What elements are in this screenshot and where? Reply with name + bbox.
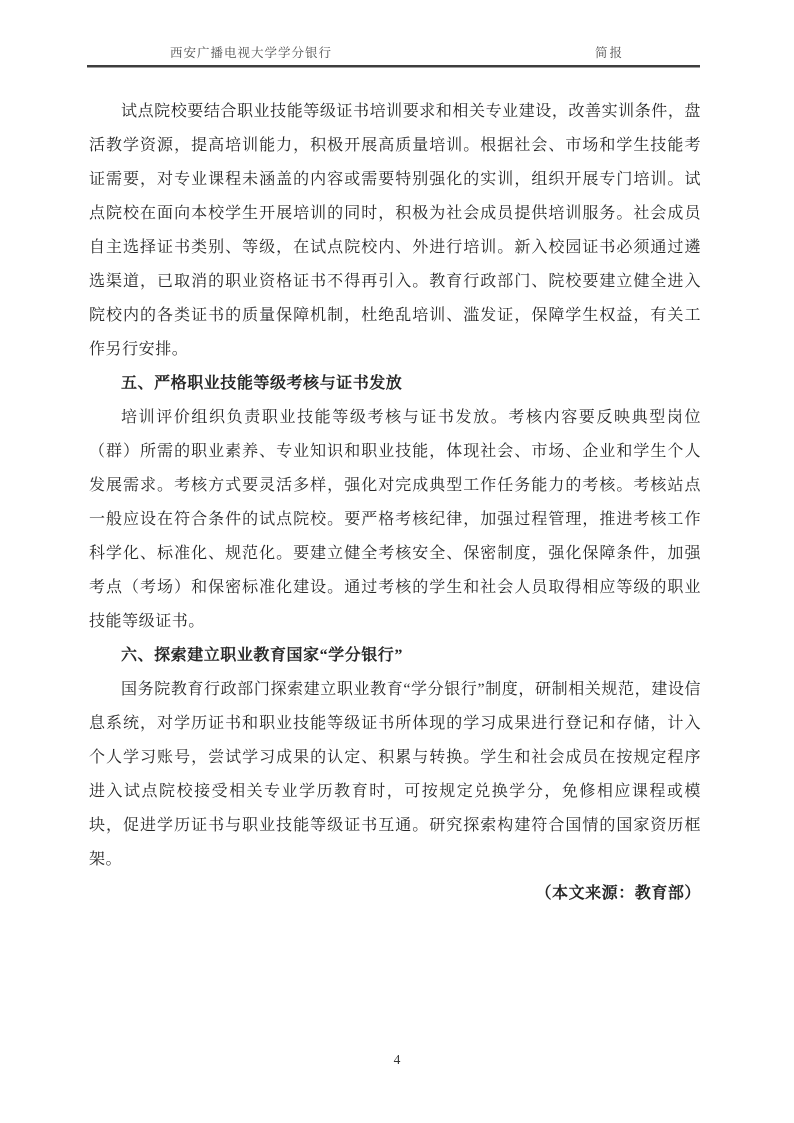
body-paragraph-credit-bank: 国务院教育行政部门探索建立职业教育“学分银行”制度，研制相关规范，建设信息系统，…	[89, 673, 701, 877]
document-page: 西安广播电视大学学分银行 简报 试点院校要结合职业技能等级证书培训要求和相关专业…	[0, 0, 794, 1123]
section-heading-six: 六、探索建立职业教育国家“学分银行”	[89, 639, 701, 673]
header-doc-type-label: 简报	[595, 43, 624, 61]
header-rule	[87, 65, 700, 68]
page-number: 4	[0, 1052, 794, 1068]
header-document-title: 西安广播电视大学学分银行	[170, 43, 332, 61]
page-header: 西安广播电视大学学分银行 简报	[87, 40, 700, 65]
document-body: 试点院校要结合职业技能等级证书培训要求和相关专业建设，改善实训条件，盘活教学资源…	[89, 95, 701, 911]
source-attribution: （本文来源：教育部）	[89, 877, 701, 911]
body-paragraph-assessment: 培训评价组织负责职业技能等级考核与证书发放。考核内容要反映典型岗位（群）所需的职…	[89, 401, 701, 639]
section-heading-five: 五、严格职业技能等级考核与证书发放	[89, 367, 701, 401]
header-rule-thin-line	[87, 67, 700, 68]
body-paragraph-training: 试点院校要结合职业技能等级证书培训要求和相关专业建设，改善实训条件，盘活教学资源…	[89, 95, 701, 367]
